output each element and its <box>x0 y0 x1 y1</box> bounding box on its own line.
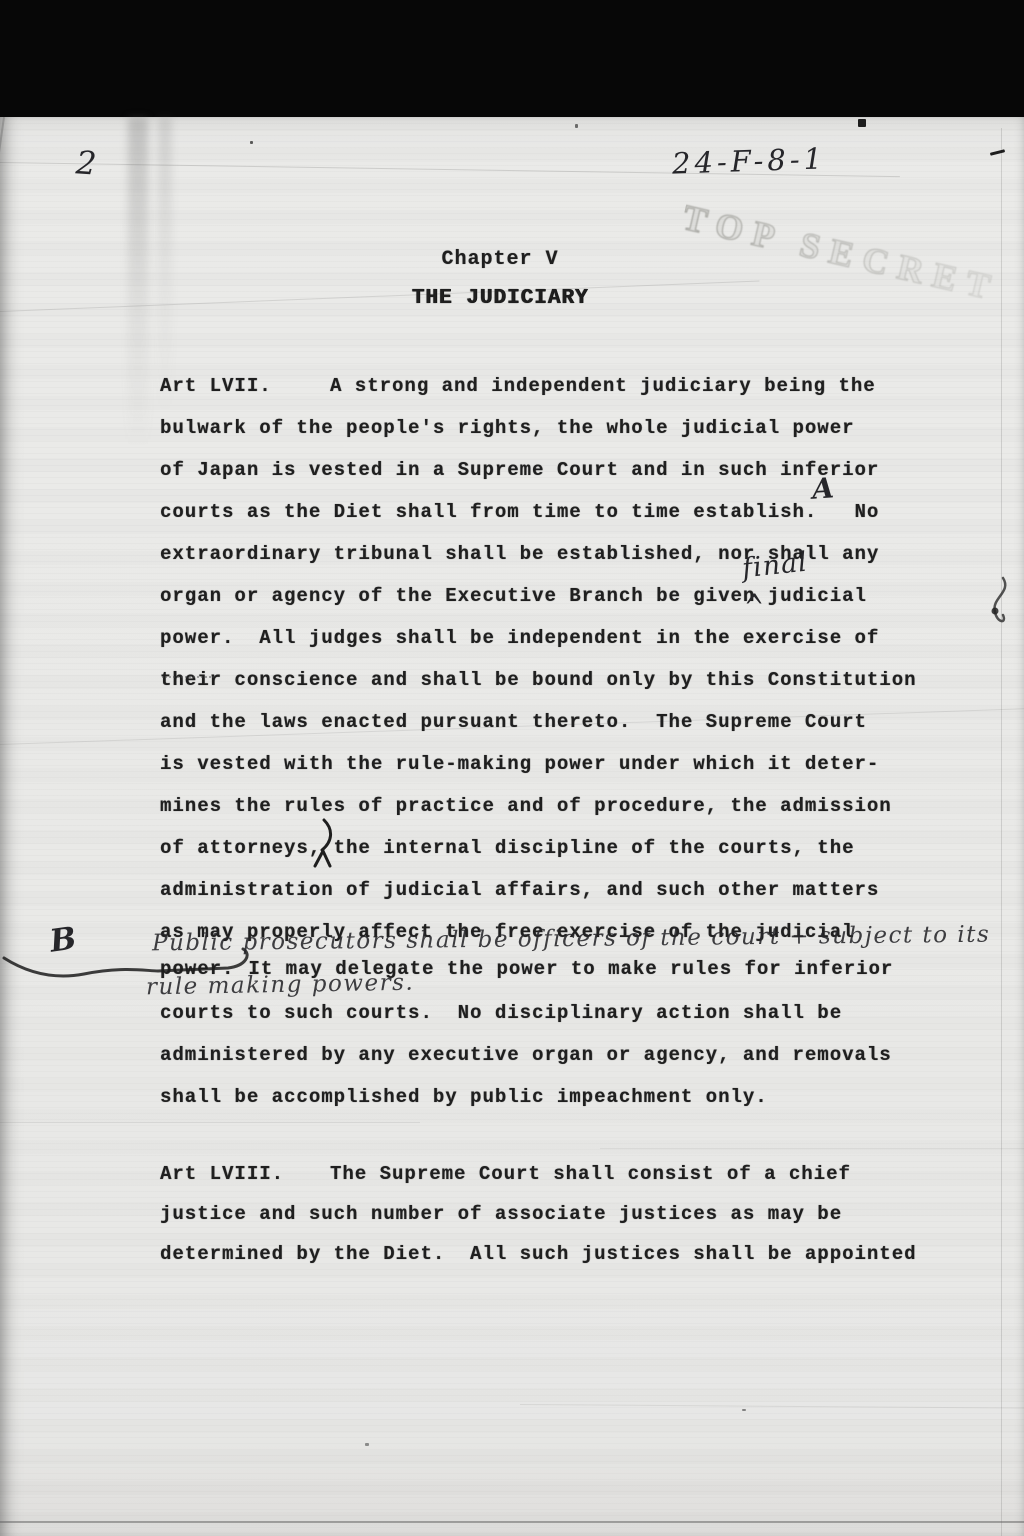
margin-squiggle-mark <box>976 576 1014 636</box>
erasure-mark <box>162 676 214 678</box>
caret-mark: ^ <box>744 587 764 629</box>
fold-streak <box>128 117 148 447</box>
art57-line-9: and the laws enacted pursuant thereto. T… <box>160 711 867 733</box>
art57-line-7: power. All judges shall be independent i… <box>160 627 879 649</box>
insertion-caret-mark <box>312 818 344 870</box>
handwritten-insert-a: A <box>811 471 835 505</box>
art57-line-8: their conscience and shall be bound only… <box>160 669 917 691</box>
scan-crease <box>0 1122 420 1123</box>
art57-line-12: of attorneys, the internal discipline of… <box>160 837 855 859</box>
paper-speck <box>575 124 578 128</box>
paper-right-edge-line <box>1001 128 1002 1536</box>
scanned-document-page: TOP SECRET 2 24-F-8-1 Chapter V THE JUDI… <box>0 0 1024 1536</box>
paper-speck <box>250 141 253 144</box>
film-black-bar <box>0 0 1024 117</box>
art57-line-16: courts to such courts. No disciplinary a… <box>160 1002 842 1024</box>
art57-line-1: A strong and independent judiciary being… <box>330 375 876 397</box>
art58-line-2: justice and such number of associate jus… <box>160 1203 842 1225</box>
chapter-heading: Chapter V <box>160 248 840 271</box>
chapter-title: THE JUDICIARY <box>160 287 840 310</box>
art57-line-2: bulwark of the people's rights, the whol… <box>160 417 855 439</box>
art57-line-10: is vested with the rule-making power und… <box>160 753 879 775</box>
art57-line-17: administered by any executive organ or a… <box>160 1044 892 1066</box>
paper-speck <box>858 119 866 127</box>
art57-line-18: shall be accomplished by public impeachm… <box>160 1086 768 1108</box>
art57-line-3: of Japan is vested in a Supreme Court an… <box>160 459 879 481</box>
art57-line-11: mines the rules of practice and of proce… <box>160 795 892 817</box>
art58-label: Art LVIII. <box>160 1163 284 1185</box>
art57-line-13: administration of judicial affairs, and … <box>160 879 879 901</box>
paper-bottom-edge-line <box>0 1521 1024 1523</box>
art58-line-3: determined by the Diet. All such justice… <box>160 1243 917 1265</box>
art57-line-4: courts as the Diet shall from time to ti… <box>160 501 879 523</box>
handwritten-page-number: 2 <box>75 143 98 182</box>
handwritten-note-line-2: rule making powers. <box>146 970 415 1001</box>
paper-speck <box>365 1443 369 1446</box>
paper-sheet <box>0 117 1024 1536</box>
art58-line-1: The Supreme Court shall consist of a chi… <box>330 1163 851 1185</box>
handwritten-doc-code: 24-F-8-1 <box>671 141 826 180</box>
paper-speck <box>742 1409 746 1411</box>
art57-label: Art LVII. <box>160 375 272 397</box>
scan-crease <box>600 1148 1024 1149</box>
